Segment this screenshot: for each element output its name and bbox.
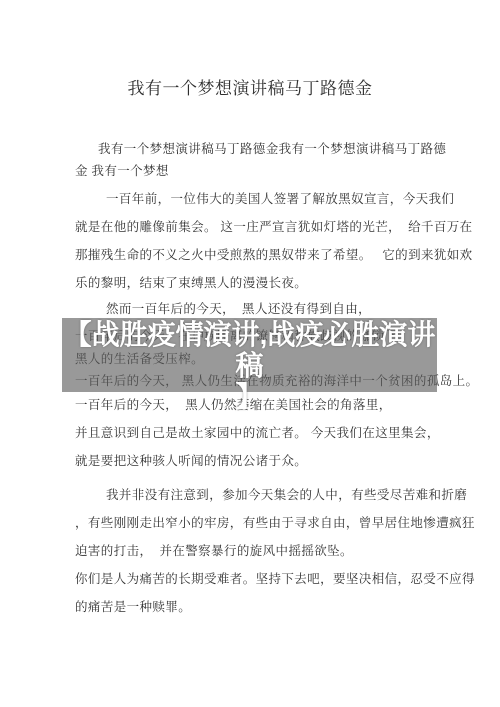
text-line: 你们是人为痛苦的长期受难者。坚持下去吧，要坚决相信，忍受不应得 <box>75 572 475 586</box>
text-line: 我有一个梦想演讲稿马丁路德金我有一个梦想演讲稿马丁路德 <box>75 142 446 156</box>
text-line: 然而一百年后的今天， 黑人还没有得到自由， <box>75 302 371 316</box>
watermark-text-line1: 【战胜疫情演讲,战疫必胜演讲稿 <box>62 319 437 381</box>
document-page: 我有一个梦想演讲稿马丁路德金 我有一个梦想演讲稿马丁路德金我有一个梦想演讲稿马丁… <box>0 0 500 707</box>
text-line: 迫害的打击， 并在警察暴行的旋风中摇摇欲坠。 <box>75 544 353 558</box>
text-line: 并且意识到自己是故土家园中的流亡者。 今天我们在这里集会， <box>75 426 440 440</box>
text-line: 的痛苦是一种赎罪。 <box>75 600 191 614</box>
watermark-text: 【战胜疫情演讲,战疫必胜演讲稿 】 <box>62 319 437 412</box>
watermark-banner: 【战胜疫情演讲,战疫必胜演讲稿 】 <box>62 318 437 392</box>
text-line: 就是要把这种骇人听闻的情况公诸于众。 <box>75 454 307 468</box>
text-line: 我并非没有注意到，参加今天集会的人中，有些受尽苦难和折磨 <box>75 488 467 502</box>
text-line: 一百年前，一位伟大的美国人签署了解放黑奴宣言，今天我们 <box>75 192 454 206</box>
text-line: 就是在他的雕像前集会。 这一庄严宣言犹如灯塔的光芒， 给千百万在 <box>75 220 473 234</box>
watermark-text-line2: 】 <box>62 381 437 412</box>
text-line: 那摧残生命的不义之火中受煎熬的黑奴带来了希望。 它的到来犹如欢 <box>75 248 473 262</box>
text-line: ，有些刚刚走出窄小的牢房，有些由于寻求自由，曾早居住地惨遭疯狂 <box>75 516 475 530</box>
document-title: 我有一个梦想演讲稿马丁路德金 <box>0 74 500 99</box>
text-line: 乐的黎明，结束了束缚黑人的漫漫长夜。 <box>75 276 307 290</box>
text-line: 金 我有一个梦想 <box>75 164 169 178</box>
